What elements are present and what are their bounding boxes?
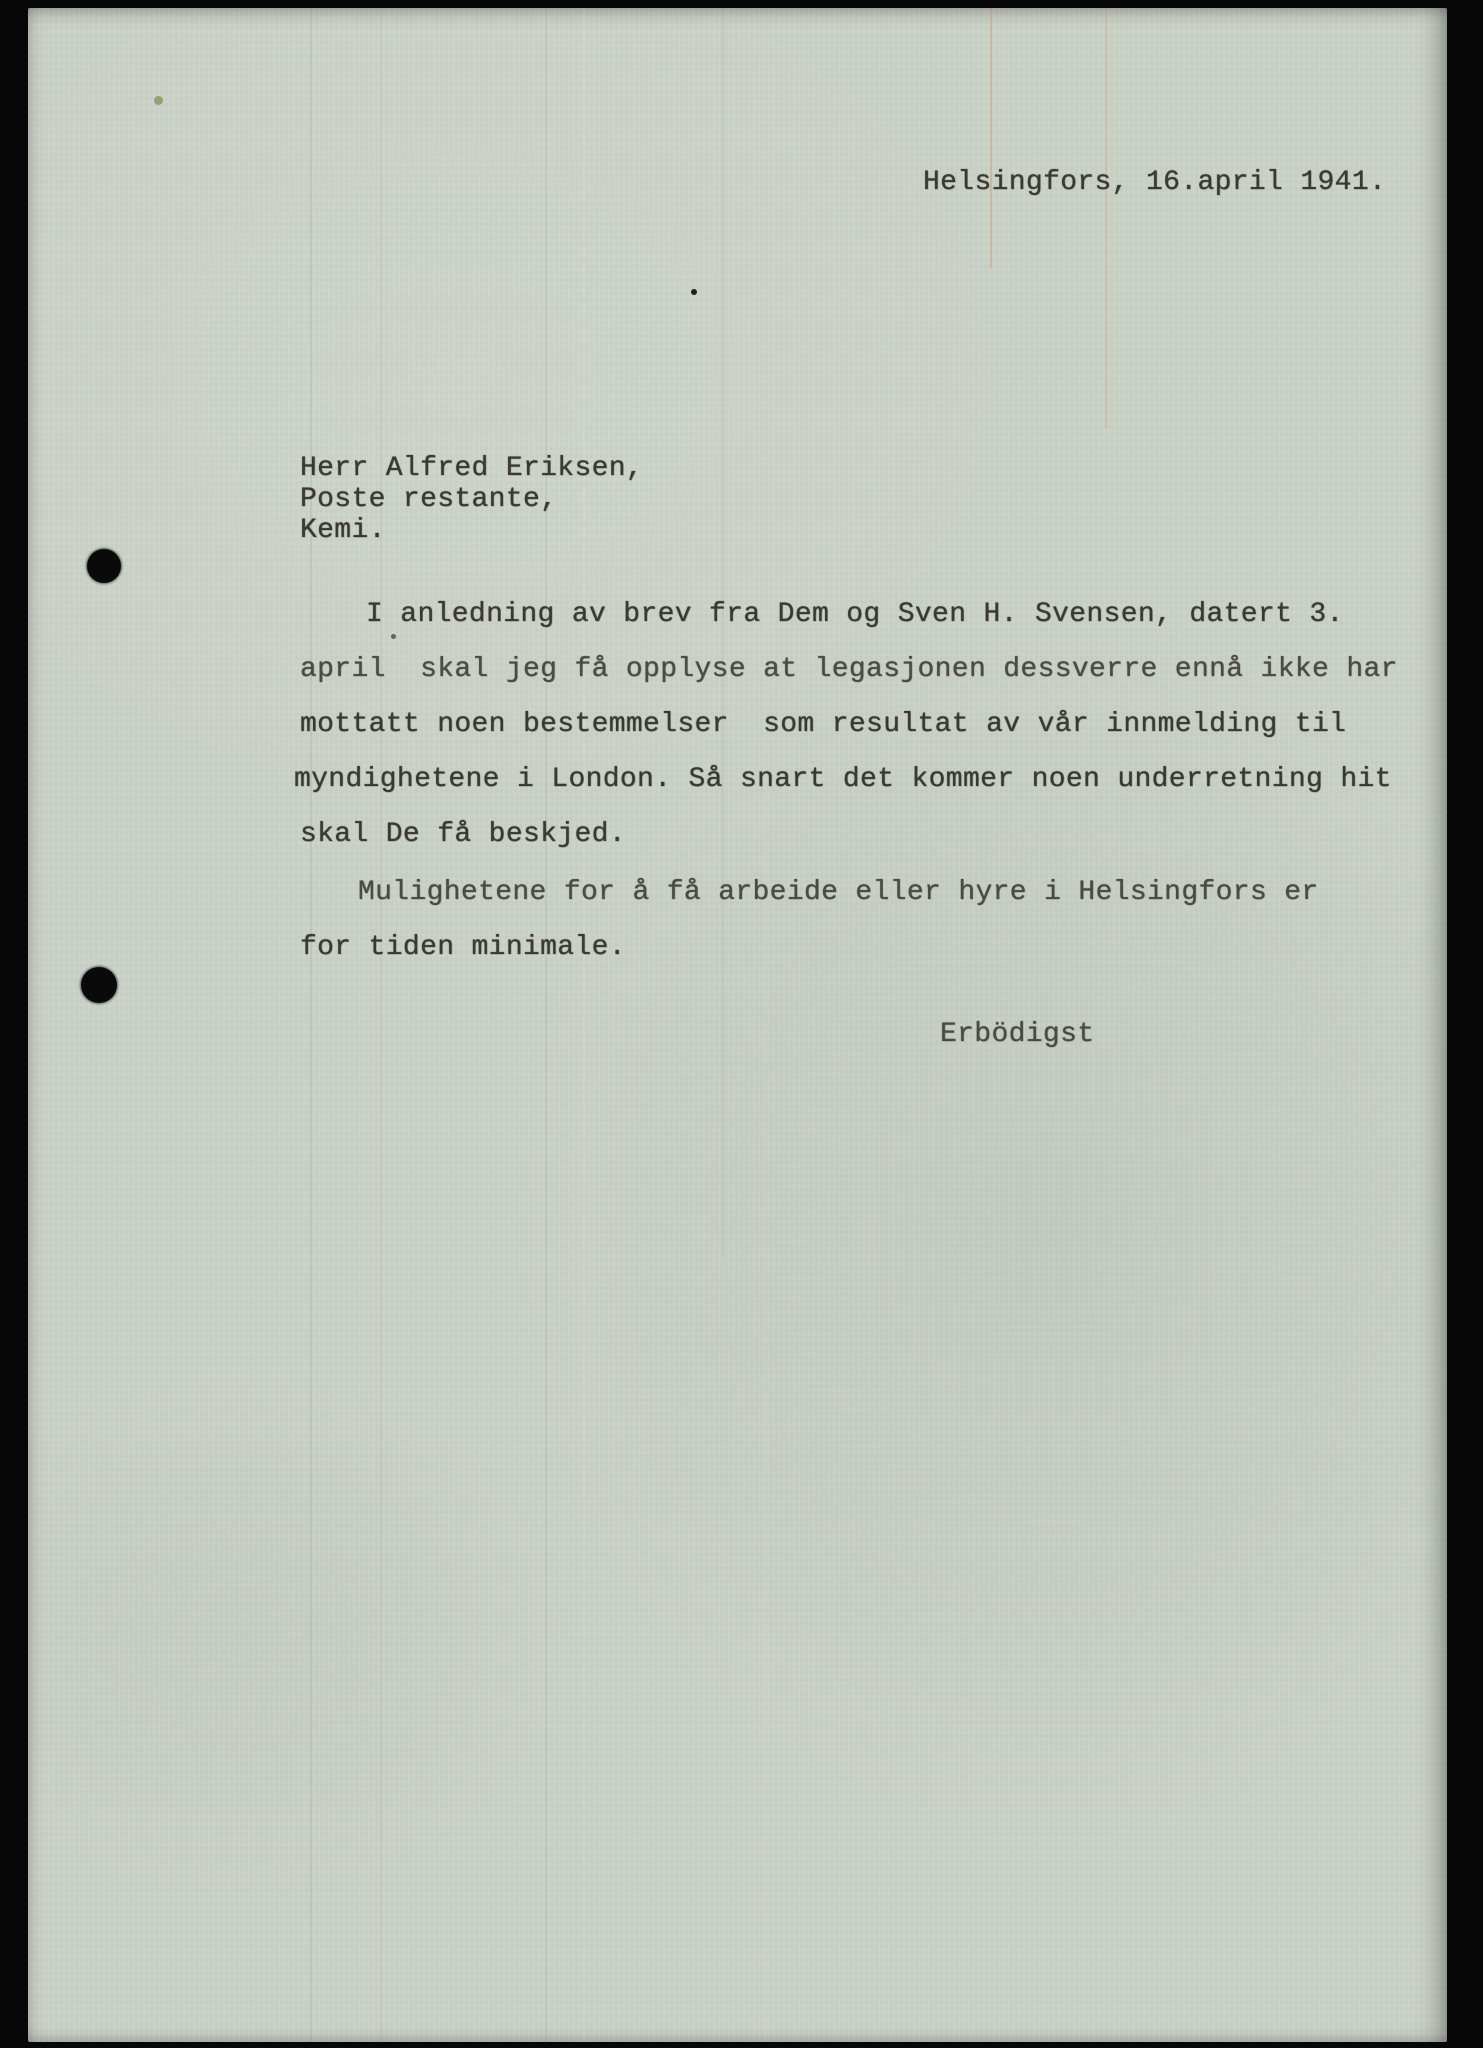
ink-speck xyxy=(691,289,697,295)
recipient-line: Poste restante, xyxy=(300,483,557,517)
recipient-line: Kemi. xyxy=(300,514,386,548)
ink-speck xyxy=(391,634,396,639)
recipient-line: Herr Alfred Eriksen, xyxy=(300,452,643,486)
scan-streak xyxy=(722,8,724,1258)
body-line: skal De få beskjed. xyxy=(300,818,626,852)
punch-hole-bottom xyxy=(81,967,117,1003)
scan-streak xyxy=(380,8,382,2042)
punch-hole-top xyxy=(87,549,121,583)
date-line: Helsingfors, 16.april 1941. xyxy=(923,166,1386,200)
scan-streak xyxy=(765,608,767,2042)
body-line: for tiden minimale. xyxy=(300,931,626,965)
body-line: myndighetene i London. Så snart det komm… xyxy=(294,763,1392,797)
scan-streak xyxy=(583,8,585,2042)
scan-background: Helsingfors, 16.april 1941. Herr Alfred … xyxy=(0,0,1483,2048)
body-line: mottatt noen bestemmelser som resultat a… xyxy=(300,708,1346,742)
body-line: I anledning av brev fra Dem og Sven H. S… xyxy=(366,598,1344,632)
scan-streak xyxy=(1105,8,1107,428)
scan-streak xyxy=(545,8,547,2042)
body-line: april skal jeg få opplyse at legasjonen … xyxy=(300,653,1398,687)
scan-streak xyxy=(990,8,992,268)
body-line: Mulighetene for å få arbeide eller hyre … xyxy=(358,876,1319,910)
closing-salutation: Erbödigst xyxy=(940,1018,1094,1052)
ink-speck xyxy=(154,96,163,105)
scan-streak xyxy=(310,8,312,2042)
letter-paper: Helsingfors, 16.april 1941. Herr Alfred … xyxy=(28,8,1447,2042)
